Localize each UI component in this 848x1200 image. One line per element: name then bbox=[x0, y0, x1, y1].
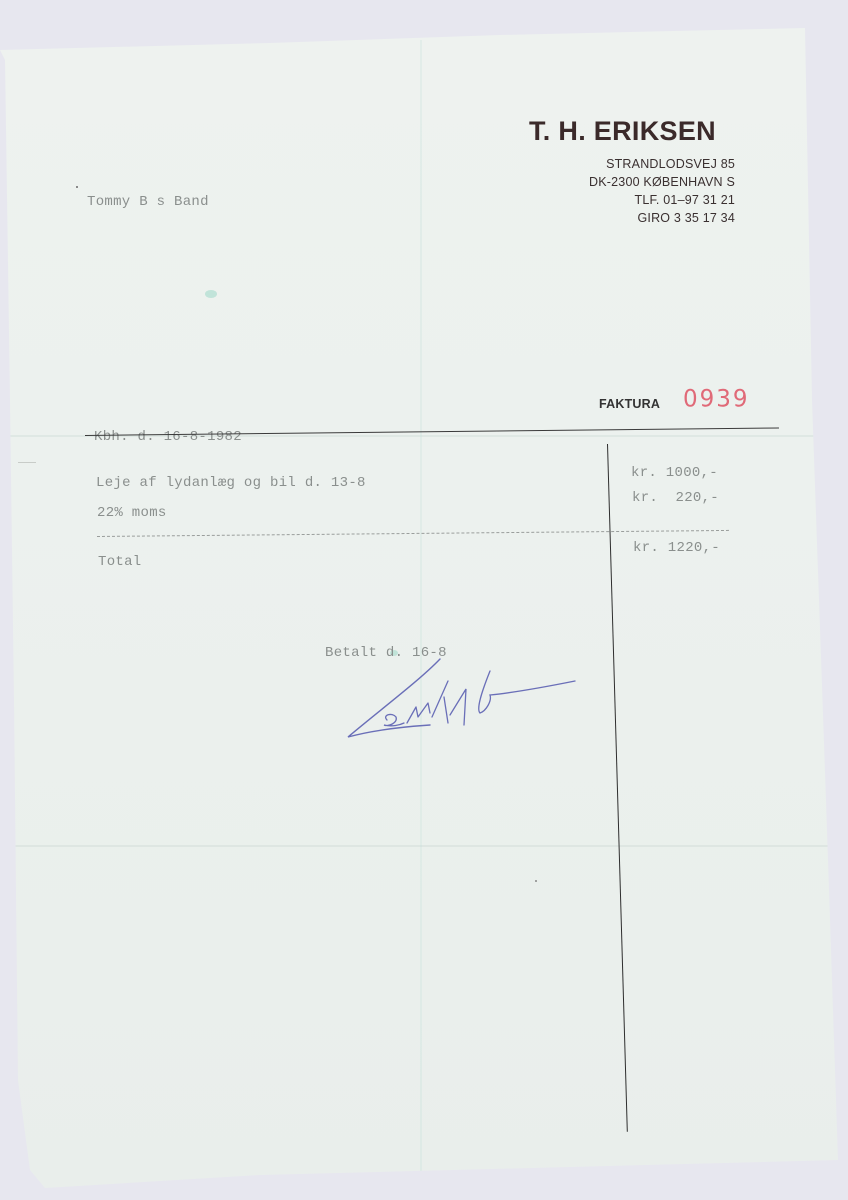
address-street: STRANDLODSVEJ 85 bbox=[606, 157, 735, 171]
invoice-label: FAKTURA bbox=[599, 397, 660, 411]
date-line: Kbh. d. 16-8-1982 bbox=[94, 429, 242, 445]
total-amount: kr. 1220,- bbox=[633, 540, 720, 556]
paper-speck bbox=[535, 880, 537, 882]
line-item-description: Leje af lydanlæg og bil d. 13-8 bbox=[96, 475, 366, 491]
company-name: T. H. ERIKSEN bbox=[529, 116, 716, 147]
recipient-name: Tommy B s Band bbox=[87, 194, 209, 210]
paper-speck bbox=[76, 186, 78, 188]
fold-crease-horizontal bbox=[10, 845, 840, 847]
phone-number: TLF. 01–97 31 21 bbox=[635, 193, 736, 207]
address-city: DK-2300 KØBENHAVN S bbox=[589, 175, 735, 189]
paper-mark bbox=[18, 462, 36, 463]
paper-stain bbox=[205, 290, 217, 298]
fold-crease-vertical bbox=[420, 40, 422, 1180]
line-item-description: 22% moms bbox=[97, 505, 167, 521]
giro-number: GIRO 3 35 17 34 bbox=[637, 211, 735, 225]
scan-background: T. H. ERIKSEN STRANDLODSVEJ 85 DK-2300 K… bbox=[0, 0, 848, 1200]
signature bbox=[340, 655, 585, 745]
line-item-amount: kr. 220,- bbox=[632, 490, 719, 506]
invoice-number: 0939 bbox=[683, 385, 750, 412]
line-item-amount: kr. 1000,- bbox=[631, 465, 718, 481]
total-label: Total bbox=[98, 554, 142, 570]
